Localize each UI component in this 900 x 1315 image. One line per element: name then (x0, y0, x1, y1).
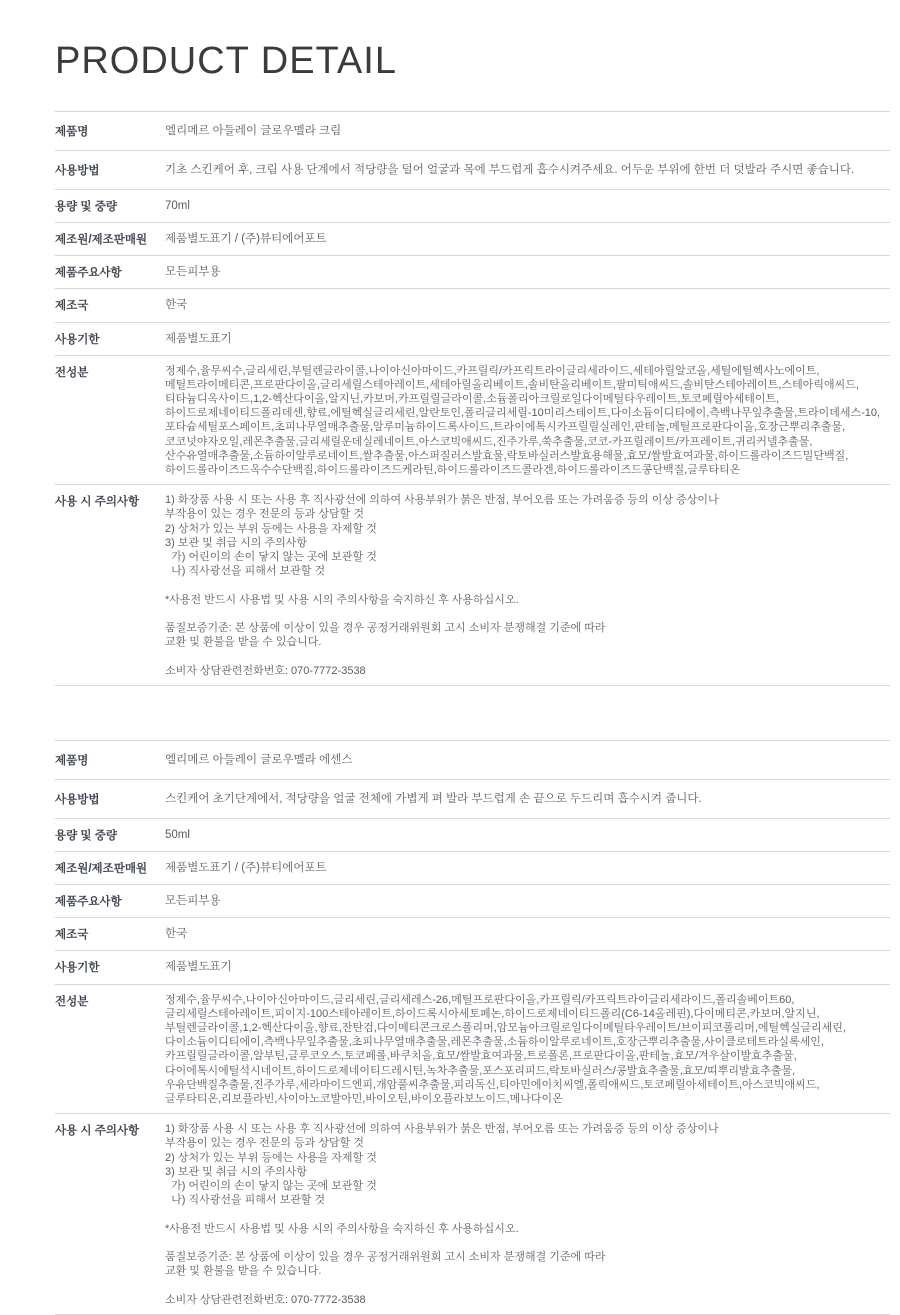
row-value: 제품별도표기 (165, 959, 890, 975)
table-row-key-info: 제품주요사항 모든피부용 (55, 255, 890, 288)
row-label: 사용기한 (55, 331, 165, 348)
row-value: 기초 스킨케어 후, 크림 사용 단계에서 적당량을 덜어 얼굴과 목에 부드럽… (165, 162, 890, 178)
table-row-volume: 용량 및 중량 70ml (55, 189, 890, 222)
row-label: 전성분 (55, 993, 165, 1010)
row-label: 제품주요사항 (55, 264, 165, 281)
row-label: 제품주요사항 (55, 893, 165, 910)
row-label: 사용 시 주의사항 (55, 1122, 165, 1139)
table-row-cautions: 사용 시 주의사항 1) 화장품 사용 시 또는 사용 후 직사광선에 의하여 … (55, 1113, 890, 1314)
table-row-product-name: 제품명 엘리메르 아들레이 글로우멜라 에센스 (55, 740, 890, 779)
table-row-key-info: 제품주요사항 모든피부용 (55, 884, 890, 917)
table-row-cautions: 사용 시 주의사항 1) 화장품 사용 시 또는 사용 후 직사광선에 의하여 … (55, 484, 890, 685)
row-value: 제품별도표기 / (주)뷰티에어포트 (165, 860, 890, 876)
table-row-volume: 용량 및 중량 50ml (55, 818, 890, 851)
row-value: 70ml (165, 198, 890, 214)
row-value: 엘리메르 아들레이 글로우멜라 에센스 (165, 752, 890, 768)
row-label: 제조국 (55, 926, 165, 943)
row-label: 사용기한 (55, 959, 165, 976)
table-row-product-name: 제품명 엘리메르 아들레이 글로우멜라 크림 (55, 111, 890, 150)
row-value: 정제수,율무씨수,나이아신아마이드,글리세린,글리세레스-26,메틸프로판다이올… (165, 993, 890, 1107)
row-value: 엘리메르 아들레이 글로우멜라 크림 (165, 123, 890, 139)
row-label: 사용 시 주의사항 (55, 493, 165, 510)
row-label: 전성분 (55, 364, 165, 381)
row-label: 제품명 (55, 752, 165, 769)
row-value: 제품별도표기 (165, 331, 890, 347)
row-label: 제조국 (55, 297, 165, 314)
row-value: 모든피부용 (165, 893, 890, 909)
product-table-cream: 제품명 엘리메르 아들레이 글로우멜라 크림 사용방법 기초 스킨케어 후, 크… (55, 111, 890, 686)
row-value: 한국 (165, 926, 890, 942)
table-row-usage: 사용방법 기초 스킨케어 후, 크림 사용 단계에서 적당량을 덜어 얼굴과 목… (55, 150, 890, 189)
table-row-usage: 사용방법 스킨케어 초기단계에서, 적당량을 얼굴 전체에 가볍게 펴 발라 부… (55, 779, 890, 818)
table-row-country: 제조국 한국 (55, 917, 890, 950)
product-detail-page: PRODUCT DETAIL 제품명 엘리메르 아들레이 글로우멜라 크림 사용… (0, 0, 900, 1315)
row-value: 스킨케어 초기단계에서, 적당량을 얼굴 전체에 가볍게 펴 발라 부드럽게 손… (165, 791, 890, 807)
product-table-essence: 제품명 엘리메르 아들레이 글로우멜라 에센스 사용방법 스킨케어 초기단계에서… (55, 740, 890, 1315)
row-label: 제품명 (55, 123, 165, 140)
page-title: PRODUCT DETAIL (55, 0, 890, 111)
row-label: 용량 및 중량 (55, 198, 165, 215)
row-value: 1) 화장품 사용 시 또는 사용 후 직사광선에 의하여 사용부위가 붉은 반… (165, 493, 890, 678)
table-row-ingredients: 전성분 정제수,율무씨수,나이아신아마이드,글리세린,글리세레스-26,메틸프로… (55, 984, 890, 1114)
table-row-manufacturer: 제조원/제조판매원 제품별도표기 / (주)뷰티에어포트 (55, 851, 890, 884)
row-label: 제조원/제조판매원 (55, 231, 165, 248)
row-value: 제품별도표기 / (주)뷰티에어포트 (165, 231, 890, 247)
table-row-ingredients: 전성분 정제수,율무씨수,글리세린,부틸렌글라이콜,나이아신아마이드,카프릴릭/… (55, 355, 890, 485)
table-row-expiry: 사용기한 제품별도표기 (55, 322, 890, 355)
table-row-country: 제조국 한국 (55, 288, 890, 321)
row-label: 제조원/제조판매원 (55, 860, 165, 877)
row-value: 50ml (165, 827, 890, 843)
row-label: 사용방법 (55, 791, 165, 808)
row-value: 모든피부용 (165, 264, 890, 280)
row-value: 한국 (165, 297, 890, 313)
row-label: 용량 및 중량 (55, 827, 165, 844)
row-label: 사용방법 (55, 162, 165, 179)
table-row-manufacturer: 제조원/제조판매원 제품별도표기 / (주)뷰티에어포트 (55, 222, 890, 255)
table-row-expiry: 사용기한 제품별도표기 (55, 950, 890, 983)
row-value: 정제수,율무씨수,글리세린,부틸렌글라이콜,나이아신아마이드,카프릴릭/카프릭트… (165, 364, 890, 478)
row-value: 1) 화장품 사용 시 또는 사용 후 직사광선에 의하여 사용부위가 붉은 반… (165, 1122, 890, 1307)
